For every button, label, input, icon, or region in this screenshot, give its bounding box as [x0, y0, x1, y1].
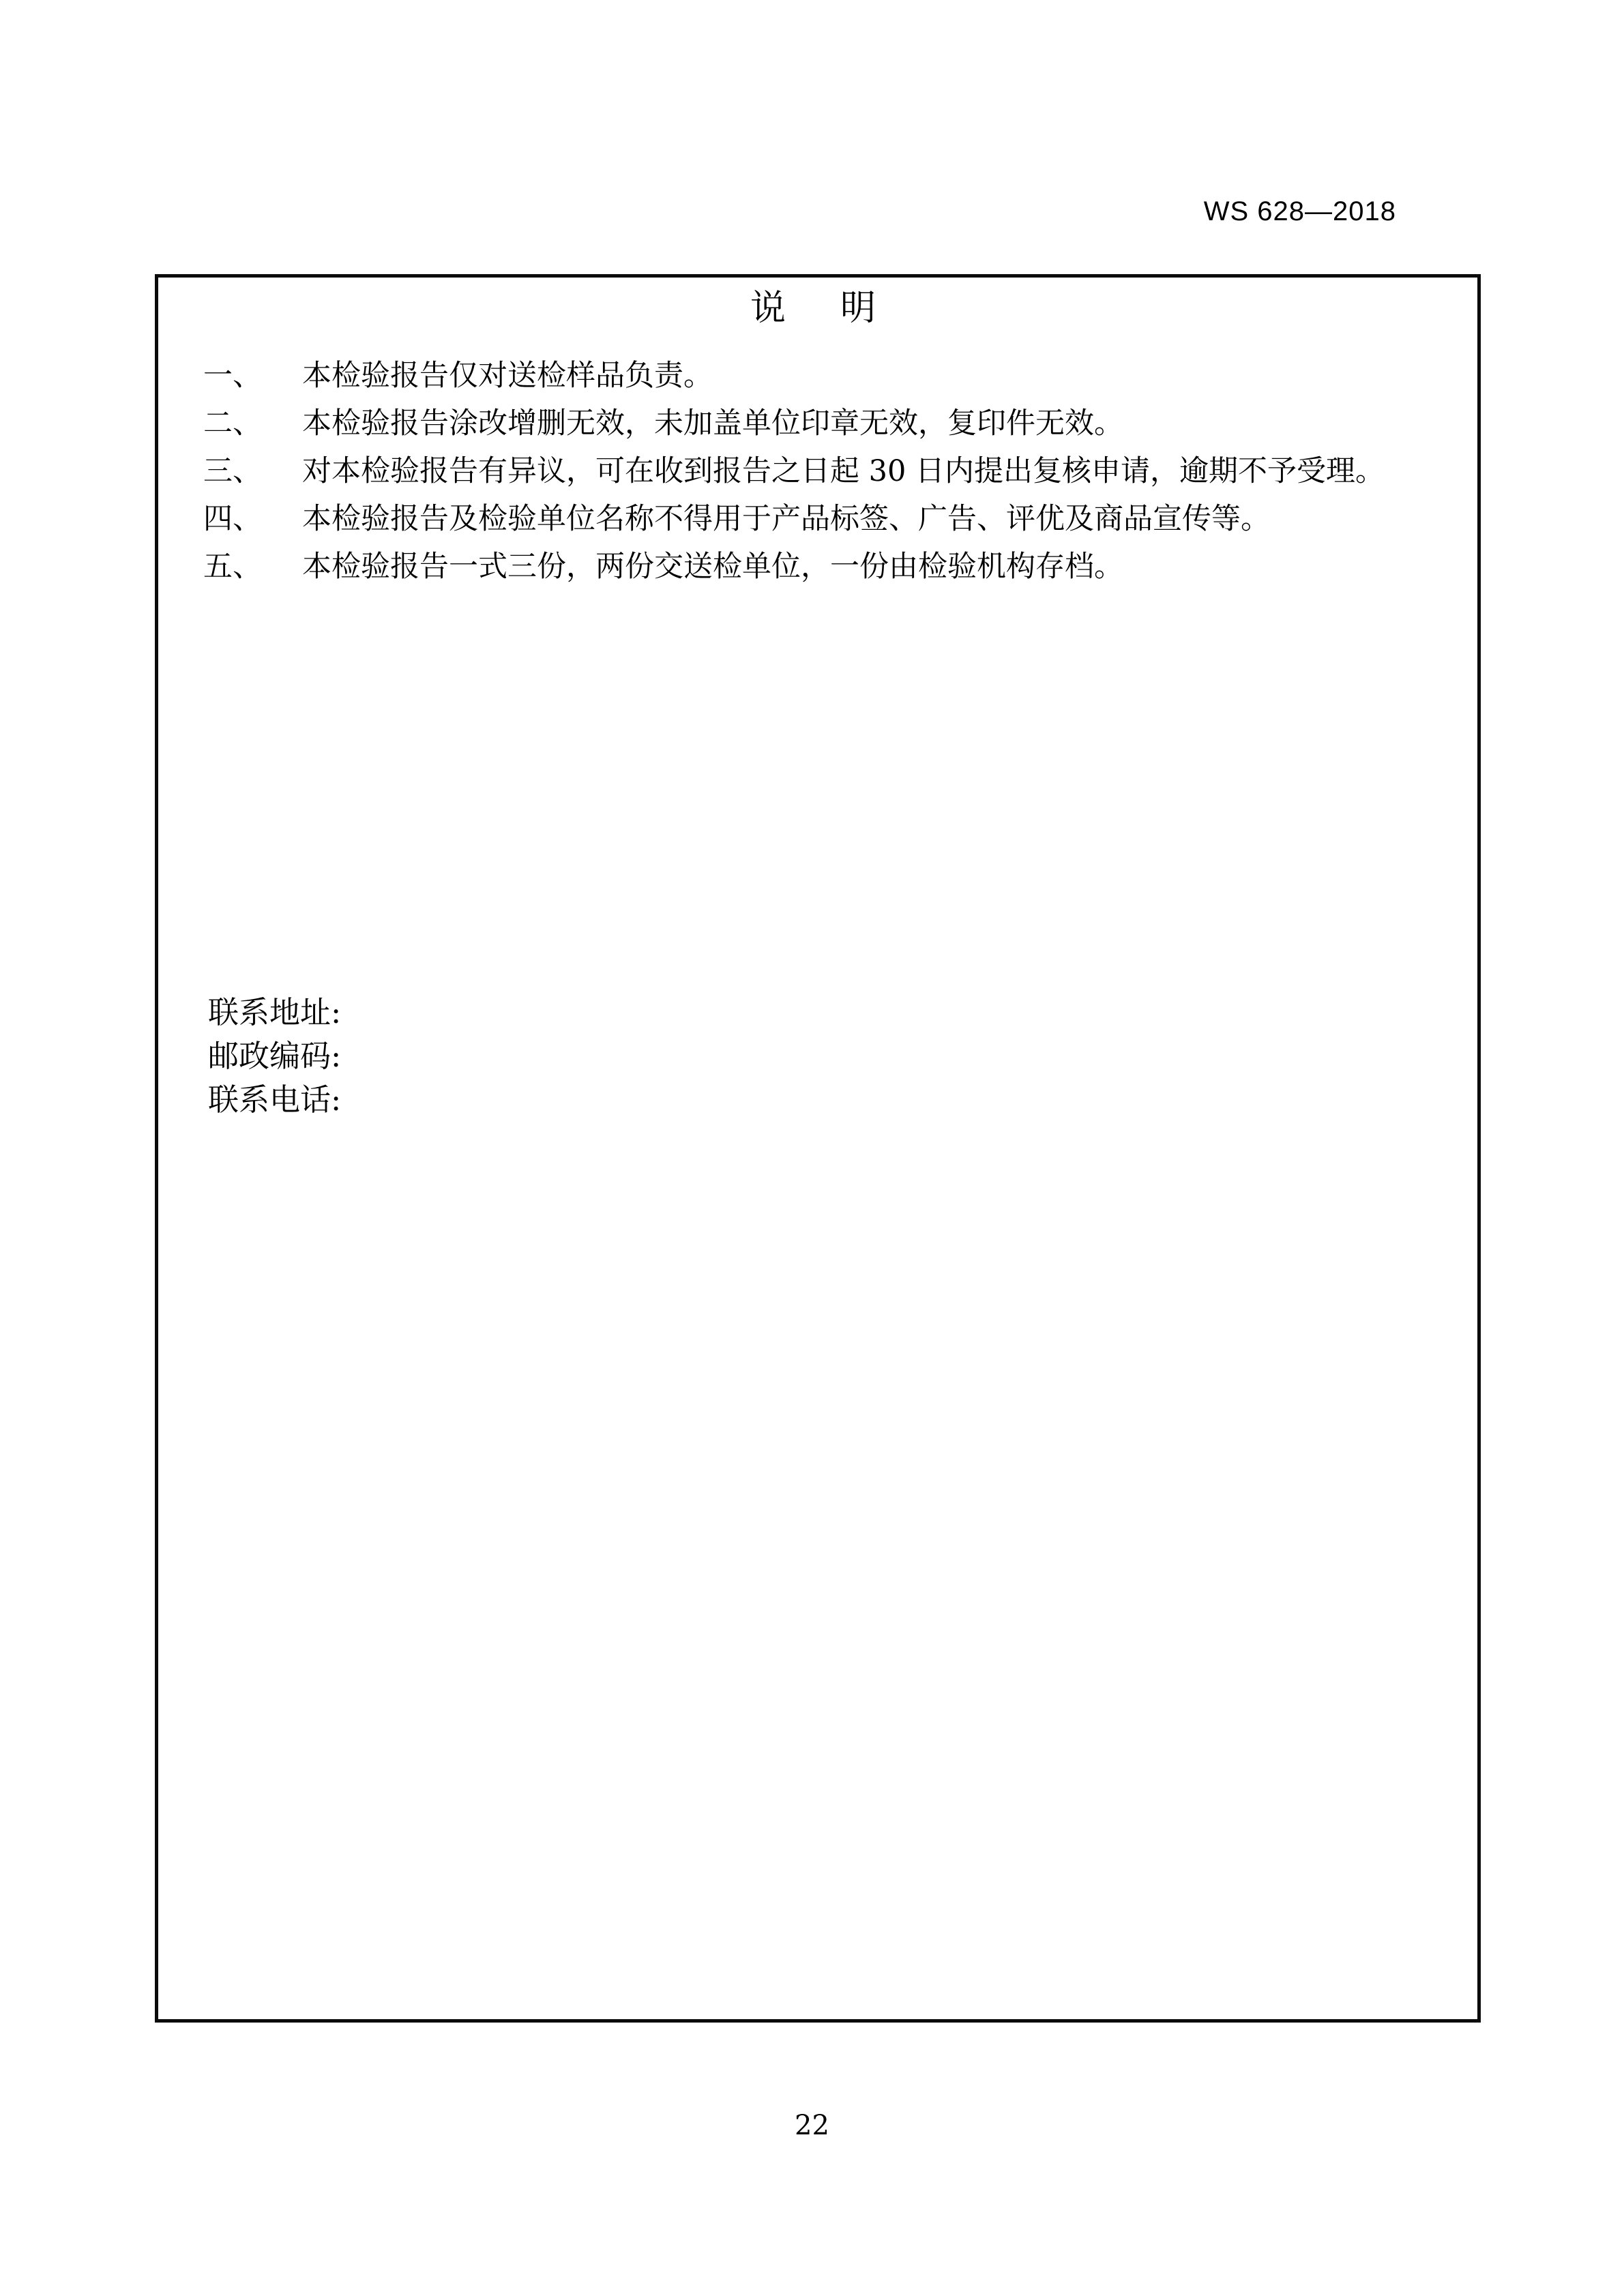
- notice-item: 三、 对本检验报告有异议，可在收到报告之日起 30 日内提出复核申请，逾期不予受…: [158, 447, 1477, 495]
- contact-address-label: 联系地址:: [208, 991, 341, 1034]
- item-text: 本检验报告一式三份，两份交送检单位，一份由检验机构存档。: [302, 543, 1450, 591]
- item-number: 二、: [203, 400, 302, 447]
- notice-list: 一、 本检验报告仅对送检样品负责。 二、 本检验报告涂改增删无效，未加盖单位印章…: [158, 352, 1477, 591]
- notice-item: 五、 本检验报告一式三份，两份交送检单位，一份由检验机构存档。: [158, 543, 1477, 591]
- item-text: 对本检验报告有异议，可在收到报告之日起 30 日内提出复核申请，逾期不予受理。: [302, 447, 1450, 495]
- document-page: { "header": { "standard_code": "WS 628—2…: [0, 0, 1624, 2296]
- contact-block: 联系地址: 邮政编码: 联系电话:: [208, 991, 341, 1122]
- contact-postcode-label: 邮政编码:: [208, 1034, 341, 1078]
- notice-item: 一、 本检验报告仅对送检样品负责。: [158, 352, 1477, 400]
- item-number: 四、: [203, 495, 302, 543]
- notice-item: 二、 本检验报告涂改增删无效，未加盖单位印章无效，复印件无效。: [158, 400, 1477, 447]
- page-number: 22: [0, 2110, 1624, 2141]
- notice-title: 说 明: [158, 287, 1477, 329]
- item-text: 本检验报告涂改增删无效，未加盖单位印章无效，复印件无效。: [302, 400, 1450, 447]
- standard-code-header: WS 628—2018: [1204, 196, 1396, 227]
- notice-item: 四、 本检验报告及检验单位名称不得用于产品标签、广告、评优及商品宣传等。: [158, 495, 1477, 543]
- item-text: 本检验报告仅对送检样品负责。: [302, 352, 1450, 400]
- item-number: 一、: [203, 352, 302, 400]
- item-number: 三、: [203, 447, 302, 495]
- notice-box: 说 明 一、 本检验报告仅对送检样品负责。 二、 本检验报告涂改增删无效，未加盖…: [155, 274, 1481, 2023]
- contact-phone-label: 联系电话:: [208, 1078, 341, 1122]
- item-number: 五、: [203, 543, 302, 591]
- item-text: 本检验报告及检验单位名称不得用于产品标签、广告、评优及商品宣传等。: [302, 495, 1450, 543]
